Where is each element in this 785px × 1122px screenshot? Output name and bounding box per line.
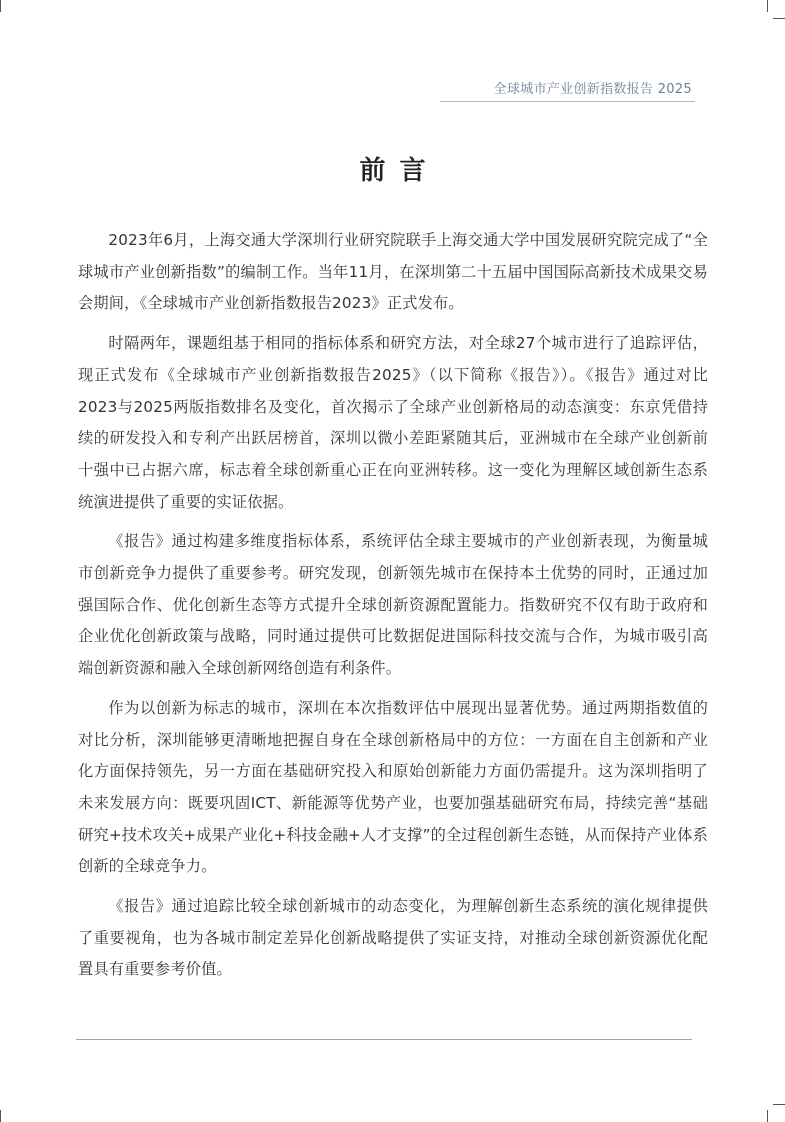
crop-mark-bottom-left: [0, 1110, 1, 1122]
paragraph-5: 《报告》通过追踪比较全球创新城市的动态变化，为理解创新生态系统的演化规律提供了重…: [78, 891, 708, 986]
body-text: 2023年6月，上海交通大学深圳行业研究院联手上海交通大学中国发展研究院完成了“…: [78, 225, 708, 994]
page-title: 前言: [0, 150, 785, 187]
header-rule: [440, 101, 695, 102]
crop-mark-top-left: [0, 0, 1, 12]
paragraph-1: 2023年6月，上海交通大学深圳行业研究院联手上海交通大学中国发展研究院完成了“…: [78, 225, 708, 320]
footer-rule: [76, 1039, 692, 1040]
paragraph-3: 《报告》通过构建多维度指标体系，系统评估全球主要城市的产业创新表现，为衡量城市创…: [78, 526, 708, 685]
crop-mark-bottom-right-h: [773, 1104, 785, 1105]
paragraph-2: 时隔两年，课题组基于相同的指标体系和研究方法，对全球27个城市进行了追踪评估，现…: [78, 328, 708, 518]
crop-mark-top-right: [767, 0, 768, 12]
running-header: 全球城市产业创新指数报告 2025: [440, 78, 692, 97]
crop-mark-bottom-right: [767, 1110, 768, 1122]
paragraph-4: 作为以创新为标志的城市，深圳在本次指数评估中展现出显著优势。通过两期指数值的对比…: [78, 693, 708, 883]
crop-mark-top-right-h: [773, 18, 785, 19]
